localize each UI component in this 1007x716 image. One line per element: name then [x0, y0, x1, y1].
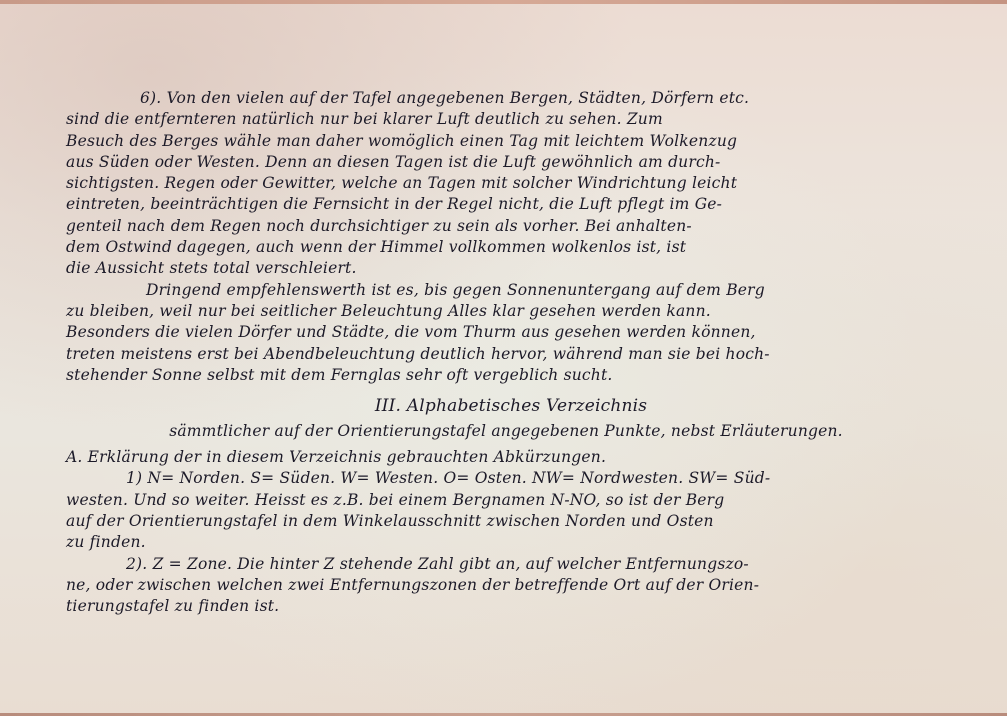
section-6-paragraph: 6). Von den vielen auf der Tafel angegeb… [66, 88, 946, 280]
text-line: zu bleiben, weil nur bei seitlicher Bele… [66, 301, 946, 322]
sunset-paragraph: Dringend empfehlenswerth ist es, bis geg… [66, 280, 946, 386]
text-line: sichtigsten. Regen oder Gewitter, welche… [66, 173, 946, 194]
handwritten-text-block: 6). Von den vielen auf der Tafel angegeb… [66, 88, 946, 618]
text-line: tierungstafel zu finden ist. [66, 596, 946, 617]
paper-top-edge [0, 0, 1007, 4]
section-III: III. Alphabetisches Verzeichnis sämmtlic… [66, 394, 946, 617]
document-page: 6). Von den vielen auf der Tafel angegeb… [0, 0, 1007, 716]
abbreviation-item-1: 1) N= Norden. S= Süden. W= Westen. O= Os… [66, 468, 946, 553]
section-subheading: sämmtlicher auf der Orientierungstafel a… [66, 419, 946, 443]
text-line: aus Süden oder Westen. Denn an diesen Ta… [66, 152, 946, 173]
text-line: ne, oder zwischen welchen zwei Entfernun… [66, 575, 946, 596]
text-line: die Aussicht stets total verschleiert. [66, 258, 946, 279]
text-line: sind die entfernteren natürlich nur bei … [66, 109, 946, 130]
text-line: 6). Von den vielen auf der Tafel angegeb… [66, 88, 946, 109]
text-line: genteil nach dem Regen noch durchsichtig… [66, 216, 946, 237]
text-line: treten meistens erst bei Abendbeleuchtun… [66, 344, 946, 365]
text-line: auf der Orientierungstafel in dem Winkel… [66, 511, 946, 532]
text-line: zu finden. [66, 532, 946, 553]
text-line: Dringend empfehlenswerth ist es, bis geg… [66, 280, 946, 301]
text-line: stehender Sonne selbst mit dem Fernglas … [66, 365, 946, 386]
text-line: 1) N= Norden. S= Süden. W= Westen. O= Os… [66, 468, 946, 489]
text-line: Besonders die vielen Dörfer und Städte, … [66, 322, 946, 343]
text-line: eintreten, beeinträchtigen die Fernsicht… [66, 194, 946, 215]
text-line: 2). Z = Zone. Die hinter Z stehende Zahl… [66, 554, 946, 575]
text-line: westen. Und so weiter. Heisst es z.B. be… [66, 490, 946, 511]
text-line: Besuch des Berges wähle man daher womögl… [66, 131, 946, 152]
abbreviation-item-2: 2). Z = Zone. Die hinter Z stehende Zahl… [66, 554, 946, 618]
text-line: dem Ostwind dagegen, auch wenn der Himme… [66, 237, 946, 258]
part-a-title: A. Erklärung der in diesem Verzeichnis g… [66, 447, 946, 468]
section-heading: III. Alphabetisches Verzeichnis [66, 394, 946, 419]
